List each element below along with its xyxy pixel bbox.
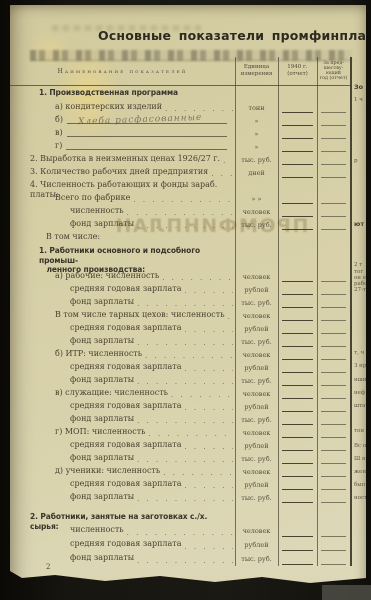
scan-background: Основные показатели промфинплана ПРОМФИН…: [0, 0, 371, 600]
unit-cell: [235, 510, 278, 524]
section-heading-row: 1. Работники основного и подсобного пром…: [10, 244, 350, 270]
write-in-line: [282, 281, 313, 282]
row-label-text: средняя годовая зарплата: [70, 283, 181, 296]
write-in-line: [321, 424, 346, 425]
page-number: 2: [46, 563, 50, 571]
unit-cell: тонн: [235, 101, 278, 114]
value-1940-cell: [278, 426, 317, 439]
row-label-text: фонд зарплаты: [70, 296, 134, 309]
unit-cell: » »: [235, 192, 278, 205]
value-1940-cell: [278, 140, 317, 153]
dot-leader: . . . . . . . . . . . . . . . . . . . . …: [211, 170, 233, 178]
row-label: 1. Работники основного и подсобного пром…: [10, 244, 235, 270]
row-label: д) ученики: численность. . . . . . . . .…: [10, 465, 235, 478]
write-in-line: [321, 229, 346, 230]
row-label-text: 1. Производственная программа: [39, 86, 178, 101]
write-in-line: [282, 502, 313, 503]
unit-cell: дней: [235, 166, 278, 179]
value-prev-year-cell: [317, 127, 350, 140]
row-label: г) МОП: численность. . . . . . . . . . .…: [10, 426, 235, 439]
handwritten-entry: Хлеба расфасованные: [78, 113, 203, 127]
row-label-text: Всего по фабрике: [55, 192, 130, 205]
dot-leader: . . . . . . . . . . . . . . . . . . . . …: [137, 339, 233, 347]
write-in-line: [282, 424, 313, 425]
adjacent-page-fragment: 27-т: [354, 287, 366, 293]
dot-leader: . . . . . . . . . . . . . . . . . . . . …: [184, 404, 233, 412]
adjacent-page-fragment: 1 ч: [354, 97, 363, 103]
row-label-text: средняя годовая зарплата: [70, 322, 181, 335]
row-label: средняя годовая зарплата. . . . . . . . …: [10, 478, 235, 491]
unit-cell: рублей: [235, 322, 278, 335]
value-1940-cell: [278, 166, 317, 179]
write-in-line: [282, 359, 313, 360]
value-prev-year-cell: [317, 244, 350, 270]
value-prev-year-cell: [317, 205, 350, 218]
row-label: средняя годовая зарплата. . . . . . . . …: [10, 400, 235, 413]
write-in-line: [282, 536, 313, 537]
table-row: б)Хлеба расфасованные»: [10, 114, 350, 127]
value-1940-cell: [278, 538, 317, 552]
table-row: фонд зарплаты. . . . . . . . . . . . . .…: [10, 552, 350, 566]
row-label-text: фонд зарплаты: [70, 335, 134, 348]
value-1940-cell: [278, 478, 317, 491]
write-in-line: [282, 112, 313, 113]
unit-cell: тыс. руб.: [235, 552, 278, 566]
dot-leader: . . . . . . . . . . . . . . . . . . . . …: [163, 469, 233, 477]
header-name-of-indicators: Наименование показателей: [10, 57, 235, 85]
write-in-line: [282, 320, 313, 321]
row-label: численность. . . . . . . . . . . . . . .…: [10, 524, 235, 538]
unit-cell: человек: [235, 348, 278, 361]
indicators-table: 1. Производственная программаа) кондитер…: [10, 86, 350, 566]
table-row: г)»: [10, 140, 350, 153]
write-in-line: [321, 125, 346, 126]
row-label-text: средняя годовая зарплата: [70, 478, 181, 491]
dot-leader: . . . . . . . . . . . . . . . . . . . . …: [137, 378, 233, 386]
unit-cell: [235, 244, 278, 270]
value-prev-year-cell: [317, 510, 350, 524]
value-1940-cell: [278, 101, 317, 114]
value-1940-cell: [278, 524, 317, 538]
row-label: в): [10, 127, 235, 140]
write-in-line: [282, 138, 313, 139]
dot-leader: . . . . . . . . . . . . . . . . . . . . …: [137, 456, 233, 464]
section-heading-row: 1. Производственная программа: [10, 86, 350, 101]
value-prev-year-cell: [317, 86, 350, 101]
unit-cell: тыс. руб.: [235, 491, 278, 504]
adjacent-page-fragment: неф: [354, 390, 365, 396]
write-in-line: [282, 489, 313, 490]
row-label-text: численность: [70, 524, 124, 538]
table-row: д) ученики: численность. . . . . . . . .…: [10, 465, 350, 478]
table-row: в)»: [10, 127, 350, 140]
value-1940-cell: [278, 86, 317, 101]
row-label-text: В том числе:: [46, 231, 100, 244]
row-label: средняя годовая зарплата. . . . . . . . …: [10, 538, 235, 552]
table-row: фонд зарплаты. . . . . . . . . . . . . .…: [10, 452, 350, 465]
table-row: г) МОП: численность. . . . . . . . . . .…: [10, 426, 350, 439]
adjacent-page-fragment: нши: [354, 377, 366, 383]
write-in-line: [321, 564, 346, 565]
value-prev-year-cell: [317, 478, 350, 491]
dot-leader: . . . . . . . . . . . . . . . . . . . . …: [228, 313, 233, 321]
value-1940-cell: [278, 400, 317, 413]
unit-cell: человек: [235, 205, 278, 218]
dot-leader: . . . . . . . . . . . . . . . . . . . . …: [162, 274, 233, 282]
table-row: средняя годовая зарплата. . . . . . . . …: [10, 478, 350, 491]
value-1940-cell: [278, 270, 317, 283]
value-1940-cell: [278, 231, 317, 244]
table-row: численность. . . . . . . . . . . . . . .…: [10, 205, 350, 218]
dot-leader: . . . . . . . . . . . . . . . . . . . . …: [137, 495, 233, 503]
value-1940-cell: [278, 192, 317, 205]
row-label-text: г) МОП: численность: [55, 426, 145, 439]
write-in-line: [282, 372, 313, 373]
write-in-line: [282, 216, 313, 217]
table-row: В том числе:: [10, 231, 350, 244]
unit-cell: человек: [235, 309, 278, 322]
row-label-text: фонд зарплаты: [70, 413, 134, 426]
write-in-line: [282, 564, 313, 565]
value-prev-year-cell: [317, 465, 350, 478]
row-label-text: 3. Количество рабочих дней предприятия: [30, 166, 208, 179]
adjacent-page-fragment: бып: [354, 482, 365, 488]
unit-cell: тыс. руб.: [235, 374, 278, 387]
value-1940-cell: [278, 452, 317, 465]
write-in-line: [321, 398, 346, 399]
row-label-text: В том числе тарных цехов: численность: [55, 309, 225, 322]
write-in-line: [321, 359, 346, 360]
table-row: средняя годовая зарплата. . . . . . . . …: [10, 322, 350, 335]
row-label: средняя годовая зарплата. . . . . . . . …: [10, 361, 235, 374]
value-prev-year-cell: [317, 101, 350, 114]
row-label: фонд зарплаты. . . . . . . . . . . . . .…: [10, 374, 235, 387]
row-label: 1. Производственная программа: [10, 86, 235, 101]
table-row: средняя годовая зарплата. . . . . . . . …: [10, 361, 350, 374]
dot-leader: . . . . . . . . . . . . . . . . . . . . …: [171, 391, 233, 399]
dot-leader: . . . . . . . . . . . . . . . . . . . . …: [184, 326, 233, 334]
write-in-line: [321, 489, 346, 490]
row-label: фонд зарплаты. . . . . . . . . . . . . .…: [10, 335, 235, 348]
row-label: В том числе:: [10, 231, 235, 244]
write-in-line: [321, 164, 346, 165]
table-row: Всего по фабрике. . . . . . . . . . . . …: [10, 192, 350, 205]
table-row: фонд зарплаты. . . . . . . . . . . . . .…: [10, 491, 350, 504]
value-1940-cell: [278, 127, 317, 140]
dot-leader: . . . . . . . . . . . . . . . . . . . . …: [165, 105, 233, 113]
write-in-line: [321, 385, 346, 386]
write-in-line: [321, 437, 346, 438]
value-prev-year-cell: [317, 322, 350, 335]
row-label-text: средняя годовая зарплата: [70, 400, 181, 413]
dot-leader: . . . . . . . . . . . . . . . . . . . . …: [184, 543, 233, 551]
unit-cell: тыс. руб.: [235, 452, 278, 465]
unit-cell: рублей: [235, 439, 278, 452]
form-title: Основные показатели промфинплана: [98, 28, 371, 43]
table-row: фонд зарплаты. . . . . . . . . . . . . .…: [10, 413, 350, 426]
row-label: численность. . . . . . . . . . . . . . .…: [10, 205, 235, 218]
value-prev-year-cell: [317, 439, 350, 452]
write-in-line: [282, 437, 313, 438]
write-in-line: [321, 216, 346, 217]
table-row: а) кондитерских изделий. . . . . . . . .…: [10, 101, 350, 114]
header-1940-report: 1940 г. (отчет): [278, 57, 317, 85]
table-row: средняя годовая зарплата. . . . . . . . …: [10, 400, 350, 413]
write-in-line: [282, 203, 313, 204]
value-prev-year-cell: [317, 374, 350, 387]
unit-cell: тыс. руб.: [235, 218, 278, 231]
value-1940-cell: [278, 439, 317, 452]
value-prev-year-cell: [317, 524, 350, 538]
write-in-line: [282, 164, 313, 165]
write-in-line: [321, 346, 346, 347]
table-row: фонд зарплаты. . . . . . . . . . . . . .…: [10, 218, 350, 231]
dot-leader: . . . . . . . . . . . . . . . . . . . . …: [223, 157, 233, 165]
dot-leader: . . . . . . . . . . . . . . . . . . . . …: [145, 352, 233, 360]
adjacent-page-fragment: 2 т: [354, 262, 362, 268]
row-label: фонд зарплаты. . . . . . . . . . . . . .…: [10, 296, 235, 309]
row-label: 2. Работники, занятые на заготовках с./х…: [10, 510, 235, 524]
write-in-line: [321, 138, 346, 139]
row-label-text: 1. Работники основного и подсобного пром…: [39, 244, 235, 270]
row-label-text: средняя годовая зарплата: [70, 361, 181, 374]
unit-cell: человек: [235, 465, 278, 478]
row-label-text: фонд зарплаты: [70, 374, 134, 387]
unit-cell: рублей: [235, 478, 278, 491]
write-in-line: [321, 307, 346, 308]
row-label: средняя годовая зарплата. . . . . . . . …: [10, 439, 235, 452]
value-1940-cell: [278, 491, 317, 504]
row-label: Всего по фабрике. . . . . . . . . . . . …: [10, 192, 235, 205]
write-in-line: [321, 281, 346, 282]
table-header: Наименование показателей Единица измерен…: [10, 57, 350, 86]
table-row: а) рабочие: численность. . . . . . . . .…: [10, 270, 350, 283]
value-1940-cell: [278, 413, 317, 426]
value-prev-year-cell: [317, 231, 350, 244]
value-1940-cell: [278, 335, 317, 348]
adjacent-page-fragment: ност: [354, 495, 367, 501]
value-prev-year-cell: [317, 452, 350, 465]
table-row: в) служащие: численность. . . . . . . . …: [10, 387, 350, 400]
dot-leader: . . . . . . . . . . . . . . . . . . . . …: [184, 482, 233, 490]
value-prev-year-cell: [317, 296, 350, 309]
value-1940-cell: [278, 309, 317, 322]
value-prev-year-cell: [317, 491, 350, 504]
write-in-line: [282, 346, 313, 347]
write-in-line: [282, 550, 313, 551]
table-row: средняя годовая зарплата. . . . . . . . …: [10, 538, 350, 552]
dot-leader: . . . . . . . . . . . . . . . . . . . . …: [137, 222, 233, 230]
value-prev-year-cell: [317, 140, 350, 153]
value-1940-cell: [278, 387, 317, 400]
row-label: средняя годовая зарплата. . . . . . . . …: [10, 283, 235, 296]
adjacent-page-fragment: Зо: [354, 83, 363, 91]
dot-leader: . . . . . . . . . . . . . . . . . . . . …: [137, 557, 233, 565]
unit-cell: »: [235, 140, 278, 153]
row-label: В том числе тарных цехов: численность. .…: [10, 309, 235, 322]
adjacent-page-fragment: Вс п: [354, 443, 367, 449]
row-label-text: фонд зарплаты: [70, 452, 134, 465]
value-1940-cell: [278, 153, 317, 166]
write-in-line: [321, 320, 346, 321]
value-1940-cell: [278, 244, 317, 270]
adjacent-page-fragment: З пр: [354, 363, 366, 369]
value-prev-year-cell: [317, 283, 350, 296]
write-in-line: [321, 463, 346, 464]
unit-cell: человек: [235, 387, 278, 400]
unit-cell: рублей: [235, 400, 278, 413]
write-in-line: [282, 463, 313, 464]
row-label: 3. Количество рабочих дней предприятия. …: [10, 166, 235, 179]
table-row: фонд зарплаты. . . . . . . . . . . . . .…: [10, 296, 350, 309]
dot-leader: . . . . . . . . . . . . . . . . . . . . …: [137, 417, 233, 425]
row-label: г): [10, 140, 235, 153]
table-row: б) ИТР: численность. . . . . . . . . . .…: [10, 348, 350, 361]
unit-cell: человек: [235, 524, 278, 538]
table-row: В том числе тарных цехов: численность. .…: [10, 309, 350, 322]
header-unit-of-measure: Единица измерения: [235, 57, 278, 85]
value-prev-year-cell: [317, 400, 350, 413]
table-row: численность. . . . . . . . . . . . . . .…: [10, 524, 350, 538]
row-label-text: 2. Выработка в неизменных ценах 1926/27 …: [30, 153, 220, 166]
dot-leader: . . . . . . . . . . . . . . . . . . . . …: [137, 300, 233, 308]
row-label: 2. Выработка в неизменных ценах 1926/27 …: [10, 153, 235, 166]
write-in-line: [282, 151, 313, 152]
unit-cell: [235, 179, 278, 192]
unit-cell: »: [235, 114, 278, 127]
value-prev-year-cell: [317, 309, 350, 322]
value-prev-year-cell: [317, 218, 350, 231]
value-prev-year-cell: [317, 426, 350, 439]
value-1940-cell: [278, 465, 317, 478]
write-in-line: [321, 333, 346, 334]
write-in-line: [67, 135, 227, 137]
write-in-line: [321, 372, 346, 373]
row-label: фонд зарплаты. . . . . . . . . . . . . .…: [10, 552, 235, 566]
adjacent-page-fragment: тон: [354, 428, 364, 434]
row-label-text: 4. Численность работающих и фонды зараб.…: [30, 179, 235, 192]
write-in-line: [321, 112, 346, 113]
write-in-line: [321, 203, 346, 204]
write-in-line: [321, 536, 346, 537]
adjacent-page-fragment: р: [354, 158, 358, 164]
table-row: 2. Выработка в неизменных ценах 1926/27 …: [10, 153, 350, 166]
write-in-line: [282, 398, 313, 399]
write-in-line: [282, 125, 313, 126]
unit-cell: [235, 231, 278, 244]
row-label: фонд зарплаты. . . . . . . . . . . . . .…: [10, 218, 235, 231]
write-in-line: [282, 307, 313, 308]
row-label-text: б): [55, 114, 63, 127]
unit-cell: [235, 86, 278, 101]
table-row: 4. Численность работающих и фонды зараб.…: [10, 179, 350, 192]
value-prev-year-cell: [317, 387, 350, 400]
header-previous-year: За пред- шеству- ющий год (отчет): [317, 57, 350, 85]
unit-cell: человек: [235, 270, 278, 283]
value-1940-cell: [278, 348, 317, 361]
write-in-line: [321, 502, 346, 503]
unit-cell: тыс. руб.: [235, 413, 278, 426]
write-in-line: [321, 550, 346, 551]
table-row: средняя годовая зарплата. . . . . . . . …: [10, 439, 350, 452]
row-label-text: а) кондитерских изделий: [55, 101, 162, 114]
adjacent-page-fragment: штат: [354, 403, 368, 409]
row-label: б) ИТР: численность. . . . . . . . . . .…: [10, 348, 235, 361]
unit-cell: рублей: [235, 361, 278, 374]
unit-cell: рублей: [235, 283, 278, 296]
value-prev-year-cell: [317, 166, 350, 179]
unit-cell: тыс. руб.: [235, 296, 278, 309]
adjacent-page-fragment: Ш н: [354, 456, 366, 462]
adjacent-page-fragment: ют: [354, 220, 364, 228]
write-in-line: [321, 177, 346, 178]
table-row: 3. Количество рабочих дней предприятия. …: [10, 166, 350, 179]
row-label-text: б) ИТР: численность: [55, 348, 142, 361]
dot-leader: . . . . . . . . . . . . . . . . . . . . …: [127, 209, 233, 217]
value-1940-cell: [278, 179, 317, 192]
row-label-text: д) ученики: численность: [55, 465, 160, 478]
value-1940-cell: [278, 552, 317, 566]
unit-cell: рублей: [235, 538, 278, 552]
form-page: Основные показатели промфинплана ПРОМФИН…: [10, 5, 366, 588]
value-1940-cell: [278, 283, 317, 296]
row-label: а) рабочие: численность. . . . . . . . .…: [10, 270, 235, 283]
row-label-text: в): [55, 127, 63, 140]
dot-leader: . . . . . . . . . . . . . . . . . . . . …: [127, 529, 233, 537]
write-in-line: [321, 411, 346, 412]
row-label-text: в) служащие: численность: [55, 387, 168, 400]
value-1940-cell: [278, 114, 317, 127]
row-label: б)Хлеба расфасованные: [10, 114, 235, 127]
write-in-line: [282, 476, 313, 477]
value-prev-year-cell: [317, 335, 350, 348]
row-label: в) служащие: численность. . . . . . . . …: [10, 387, 235, 400]
unit-cell: человек: [235, 426, 278, 439]
row-label: фонд зарплаты. . . . . . . . . . . . . .…: [10, 452, 235, 465]
write-in-line: [282, 177, 313, 178]
section-heading-row: 2. Работники, занятые на заготовках с./х…: [10, 504, 350, 524]
desk-surface-patch: [322, 585, 371, 600]
value-prev-year-cell: [317, 538, 350, 552]
dot-leader: . . . . . . . . . . . . . . . . . . . . …: [184, 365, 233, 373]
dot-leader: . . . . . . . . . . . . . . . . . . . . …: [148, 430, 233, 438]
write-in-line: [66, 148, 227, 150]
row-label: 4. Численность работающих и фонды зараб.…: [10, 179, 235, 192]
value-prev-year-cell: [317, 270, 350, 283]
value-1940-cell: [278, 361, 317, 374]
write-in-line: [321, 476, 346, 477]
dot-leader: . . . . . . . . . . . . . . . . . . . . …: [184, 287, 233, 295]
write-in-line: [321, 294, 346, 295]
value-prev-year-cell: [317, 413, 350, 426]
value-prev-year-cell: [317, 114, 350, 127]
write-in-line: [282, 229, 313, 230]
unit-cell: тыс. руб.: [235, 335, 278, 348]
value-prev-year-cell: [317, 179, 350, 192]
write-in-line: [282, 411, 313, 412]
value-1940-cell: [278, 205, 317, 218]
value-1940-cell: [278, 374, 317, 387]
unit-cell: тыс. руб.: [235, 153, 278, 166]
row-label-text: г): [55, 140, 62, 153]
row-label-text: фонд зарплаты: [70, 218, 134, 231]
adjacent-page-fragment: женн: [354, 469, 370, 475]
row-label-text: а) рабочие: численность: [55, 270, 159, 283]
value-prev-year-cell: [317, 348, 350, 361]
row-label-text: фонд зарплаты: [70, 552, 134, 566]
value-prev-year-cell: [317, 552, 350, 566]
write-in-line: [321, 151, 346, 152]
